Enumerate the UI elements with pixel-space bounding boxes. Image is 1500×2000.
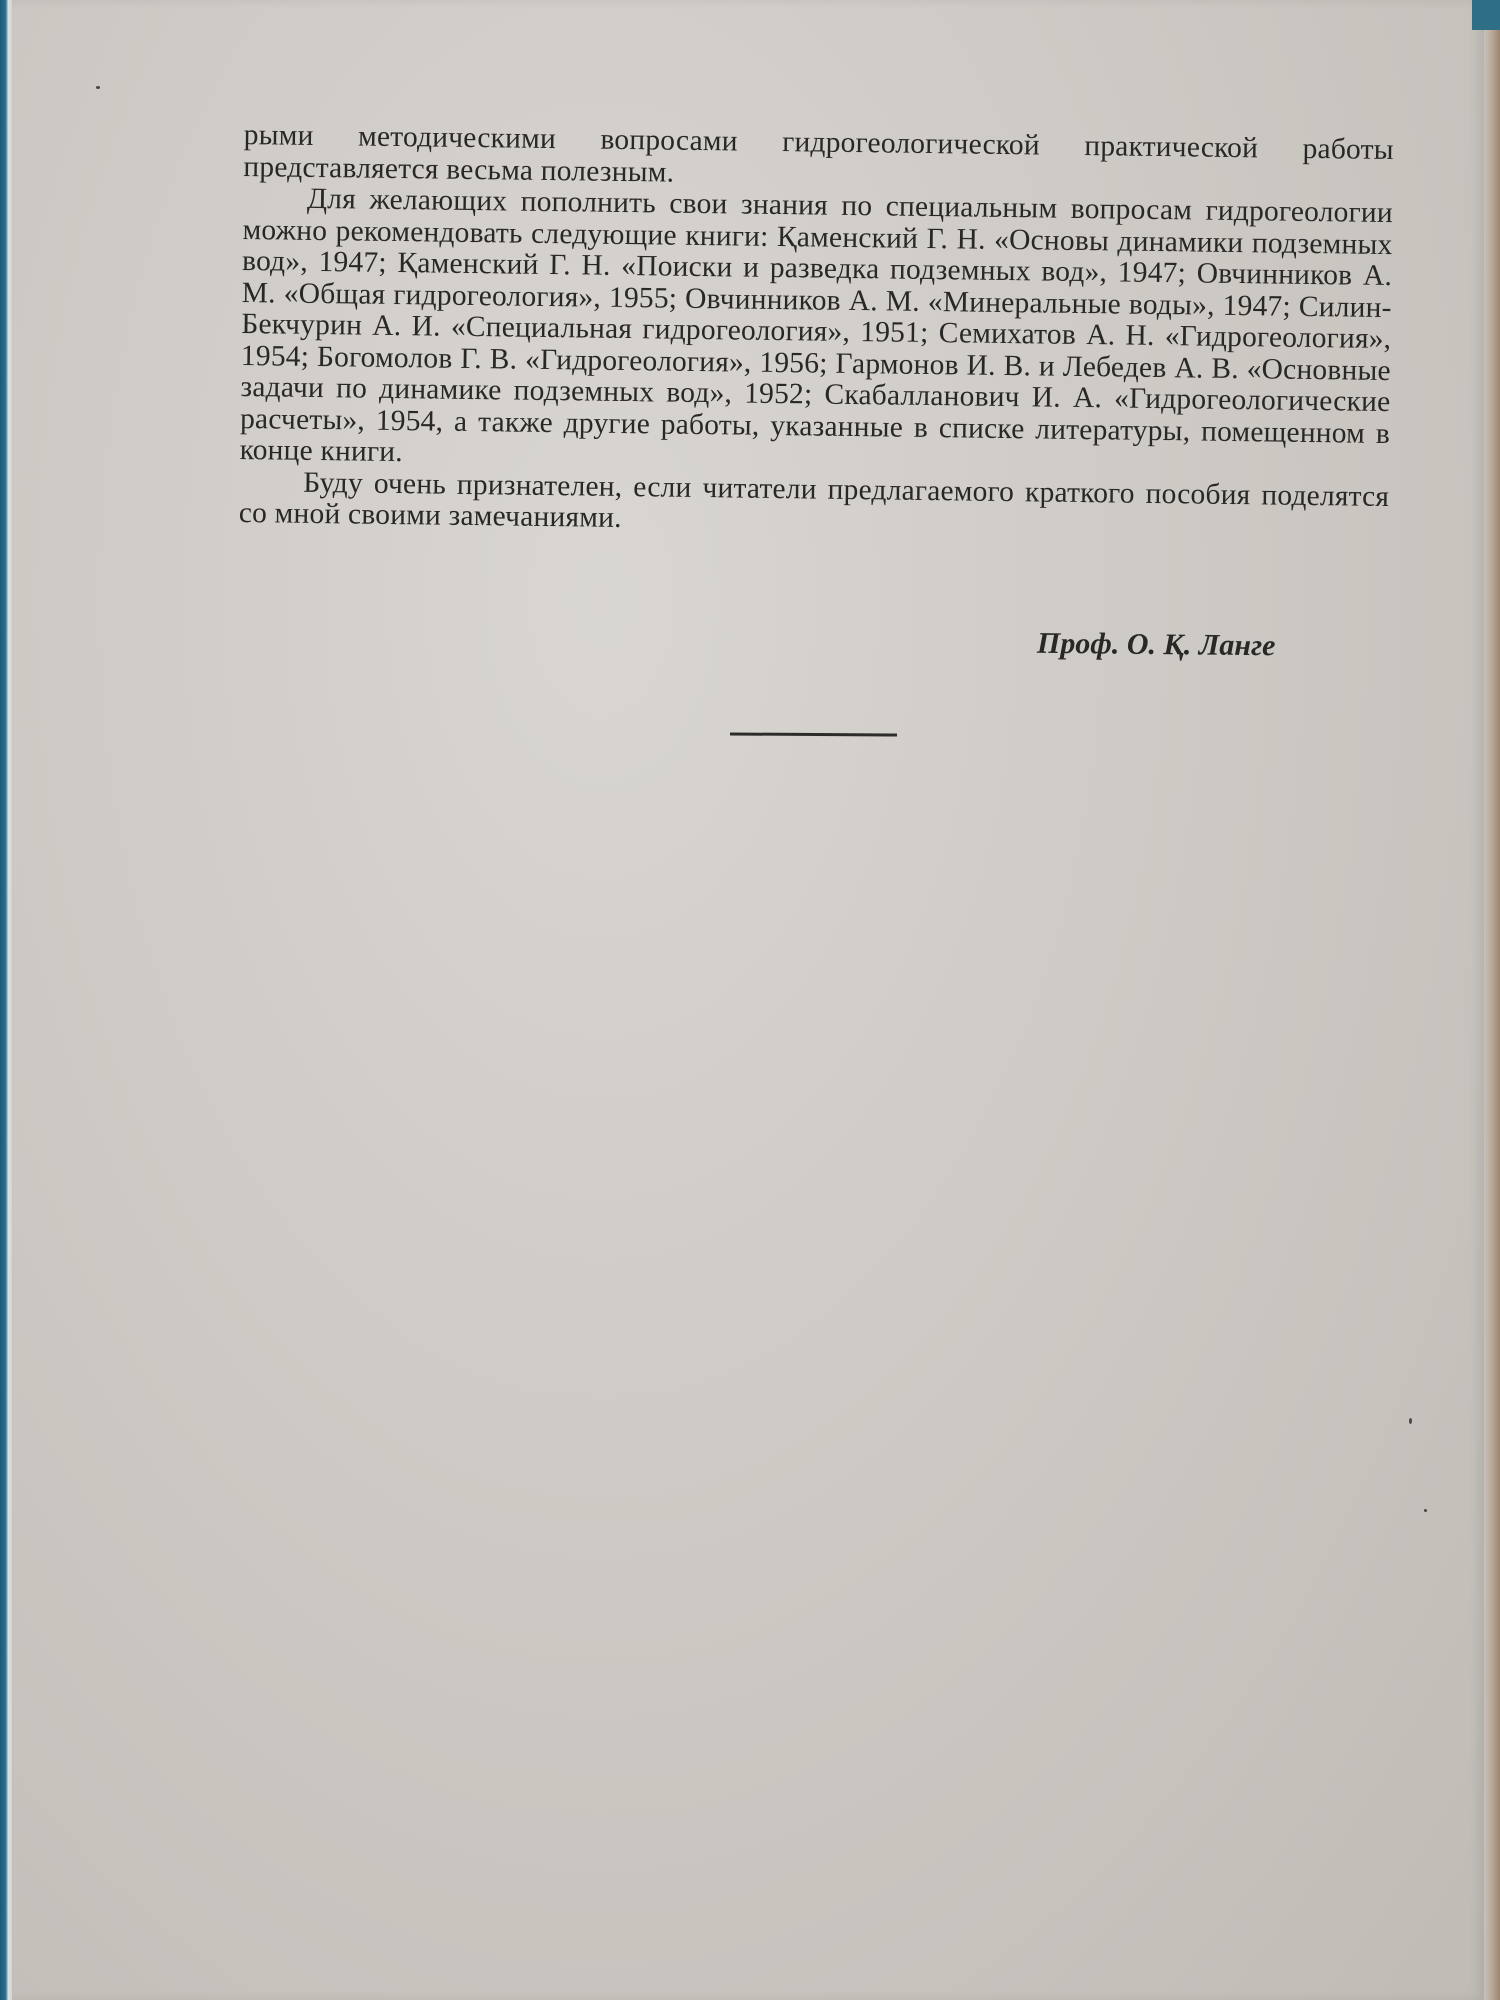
page-stack-edge-right (1484, 0, 1500, 2000)
paper-speck (1409, 1418, 1412, 1424)
body-text: рыми методическими вопросами гидрогеолог… (239, 120, 1394, 545)
paper-speck (96, 86, 100, 89)
paper-speck (1424, 1509, 1427, 1512)
book-cover-corner (1472, 0, 1500, 30)
paragraph-recommended-books: Для желающих пополнить свои знания по сп… (239, 183, 1393, 482)
paragraph-closing: Буду очень признателен, если читатели пр… (239, 466, 1390, 544)
author-signature: Проф. О. Қ. Ланге (1037, 627, 1276, 663)
book-page: рыми методическими вопросами гидрогеолог… (12, 0, 1484, 2000)
section-end-rule (730, 732, 897, 736)
